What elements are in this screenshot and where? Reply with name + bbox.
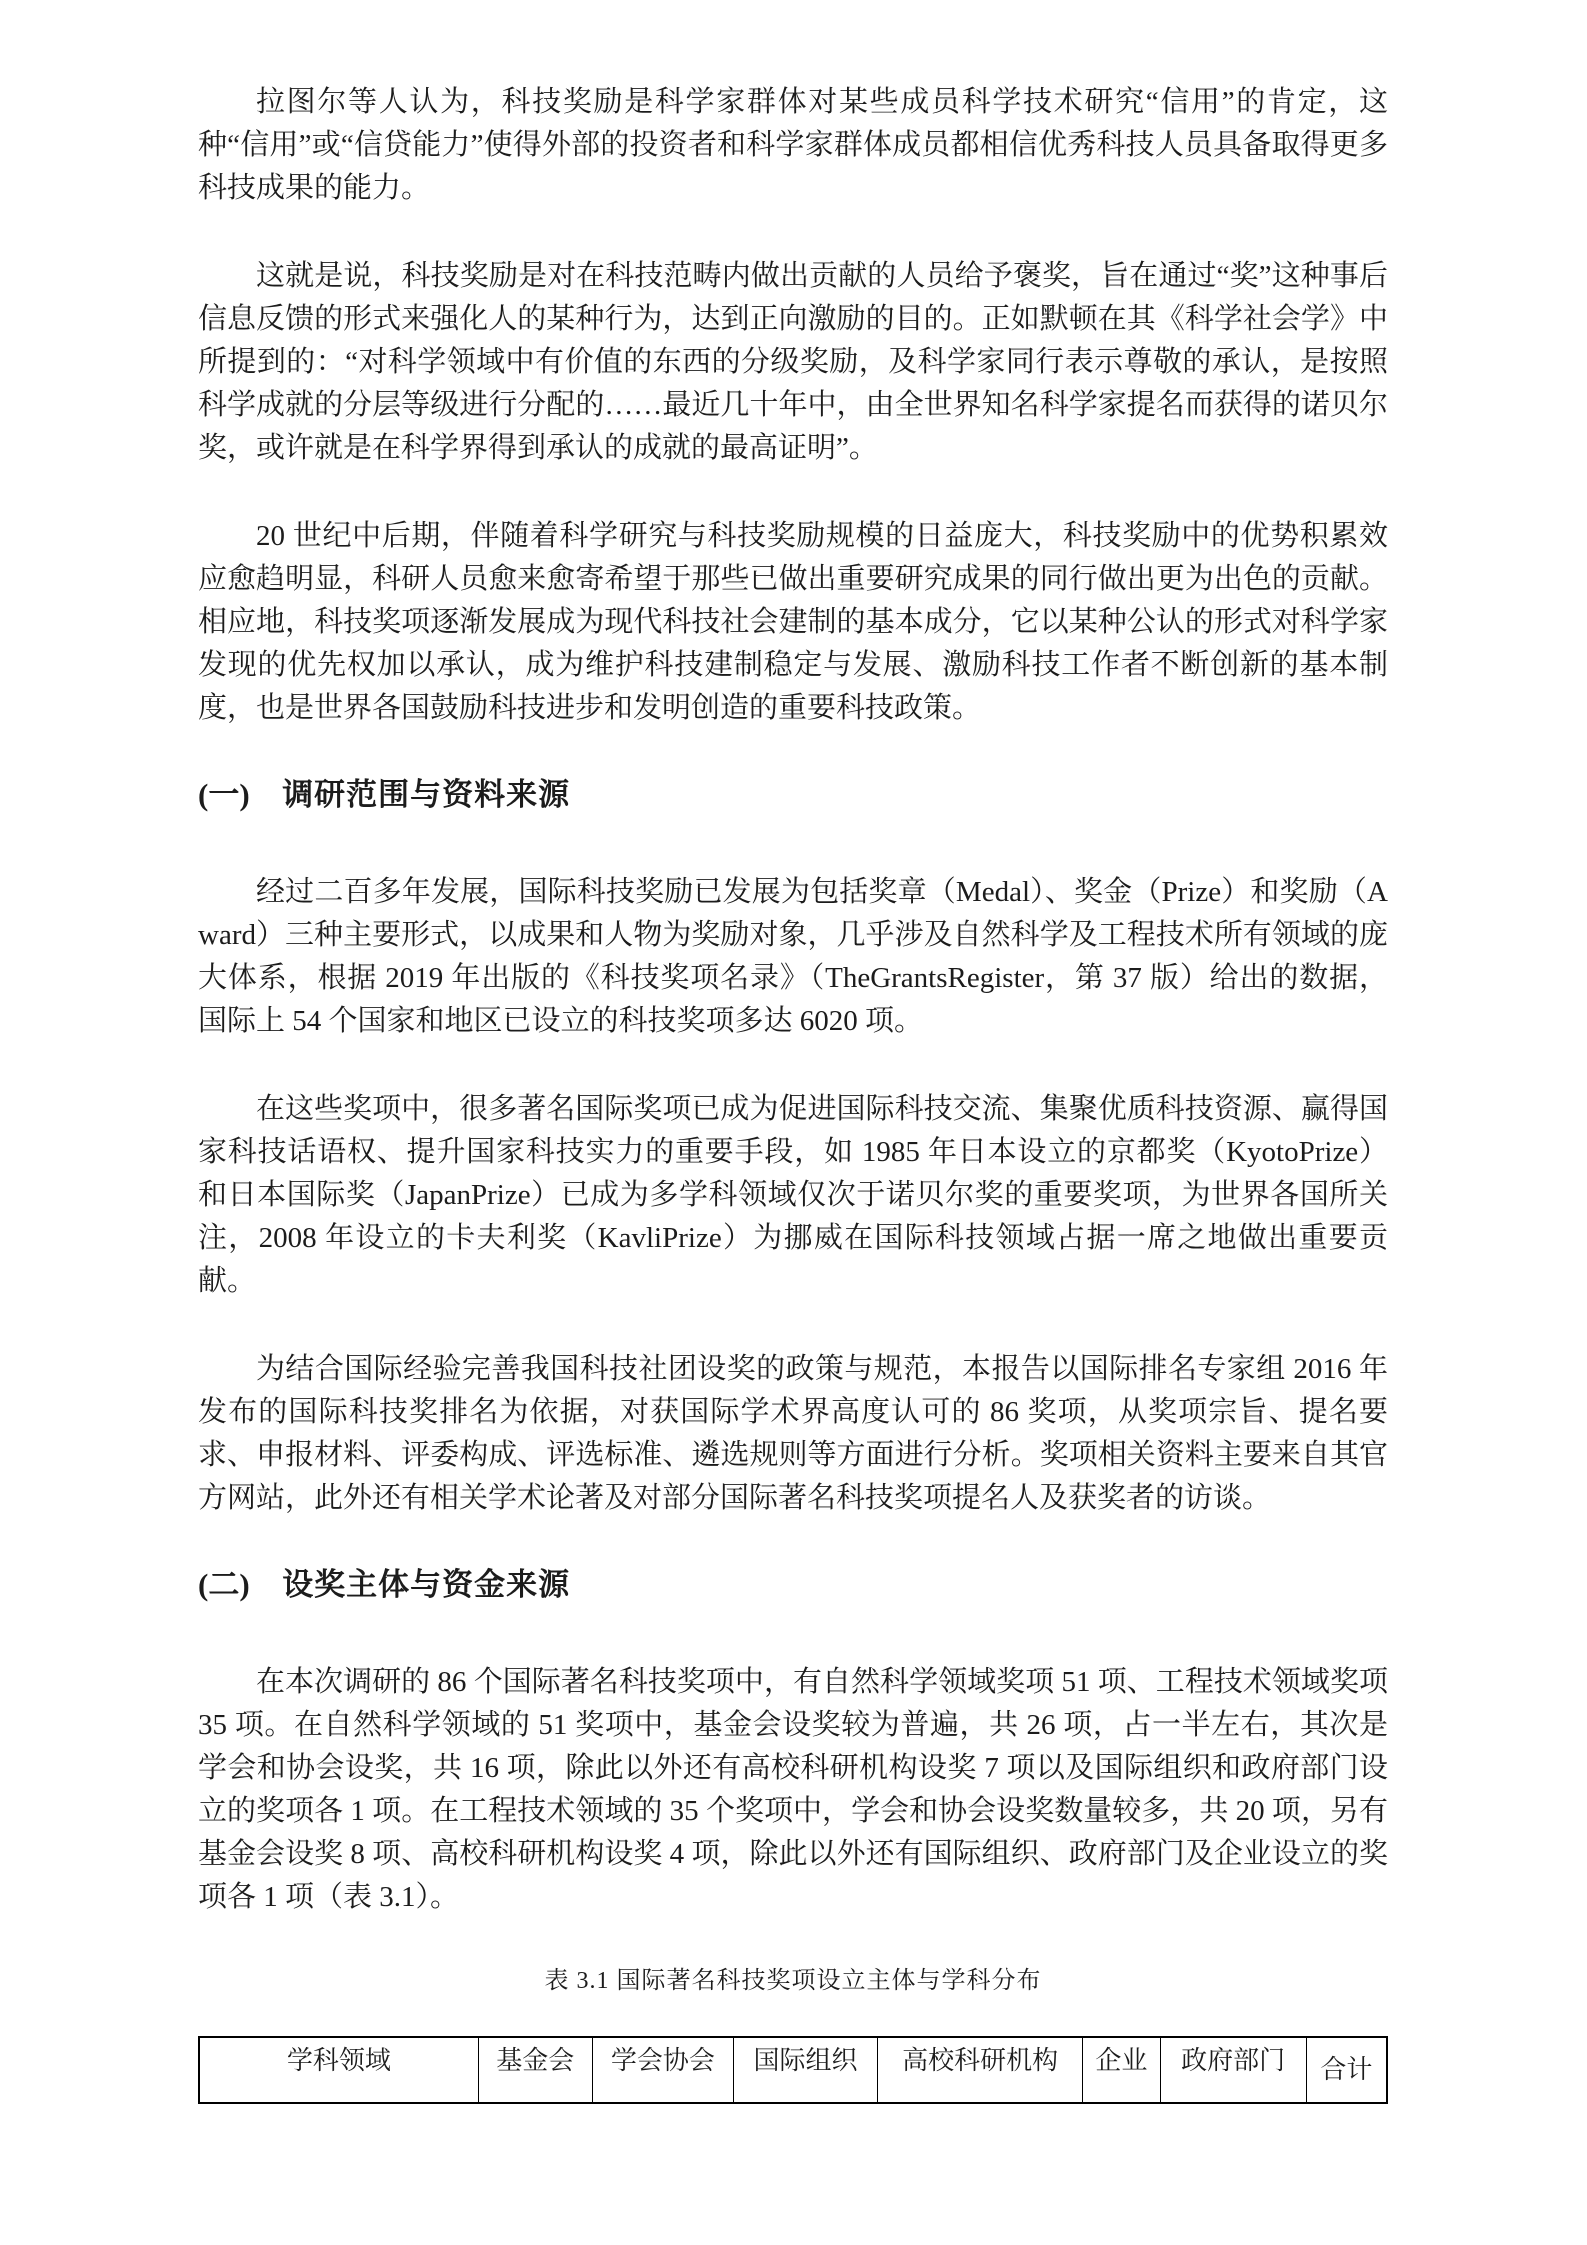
paragraph-latour: 拉图尔等人认为，科技奖励是科学家群体对某些成员科学技术研究“信用”的肯定，这种“… <box>198 81 1388 210</box>
header-cell-government: 政府部门 <box>1160 2037 1306 2103</box>
table-3-1: 学科领域 基金会 学会协会 国际组织 高校科研机构 企业 政府部门 合计 <box>198 2036 1388 2104</box>
header-cell-total: 合计 <box>1306 2037 1387 2103</box>
section-heading-2: (二)设奖主体与资金来源 <box>198 1565 1388 1605</box>
paragraph-famous-prizes: 在这些奖项中，很多著名国际奖项已成为促进国际科技交流、集聚优质科技资源、赢得国家… <box>198 1088 1388 1303</box>
paragraph-merton: 这就是说，科技奖励是对在科技范畴内做出贡献的人员给予褒奖，旨在通过“奖”这种事后… <box>198 255 1388 470</box>
header-cell-subject-field: 学科领域 <box>199 2037 478 2103</box>
paragraph-survey-stats: 在本次调研的 86 个国际著名科技奖项中，有自然科学领域奖项 51 项、工程技术… <box>198 1661 1388 1919</box>
paragraph-20th-century: 20 世纪中后期，伴随着科学研究与科技奖励规模的日益庞大，科技奖励中的优势积累效… <box>198 515 1388 730</box>
section-2-number: (二) <box>198 1567 250 1602</box>
paragraph-award-forms: 经过二百多年发展，国际科技奖励已发展为包括奖章（Medal）、奖金（Prize）… <box>198 871 1388 1043</box>
header-cell-foundation: 基金会 <box>478 2037 592 2103</box>
header-cell-enterprise: 企业 <box>1083 2037 1160 2103</box>
table-caption: 表 3.1 国际著名科技奖项设立主体与学科分布 <box>198 1964 1388 1998</box>
document-page: 拉图尔等人认为，科技奖励是科学家群体对某些成员科学技术研究“信用”的肯定，这种“… <box>0 0 1587 2245</box>
table-header-row: 学科领域 基金会 学会协会 国际组织 高校科研机构 企业 政府部门 合计 <box>199 2037 1387 2103</box>
section-1-number: (一) <box>198 777 250 812</box>
header-cell-university-research: 高校科研机构 <box>877 2037 1083 2103</box>
section-2-title: 设奖主体与资金来源 <box>282 1567 570 1602</box>
section-heading-1: (一)调研范围与资料来源 <box>198 775 1388 815</box>
paragraph-report-basis: 为结合国际经验完善我国科技社团设奖的政策与规范，本报告以国际排名专家组 2016… <box>198 1348 1388 1520</box>
header-cell-society-association: 学会协会 <box>592 2037 733 2103</box>
section-1-title: 调研范围与资料来源 <box>282 777 570 812</box>
header-cell-international-org: 国际组织 <box>734 2037 878 2103</box>
